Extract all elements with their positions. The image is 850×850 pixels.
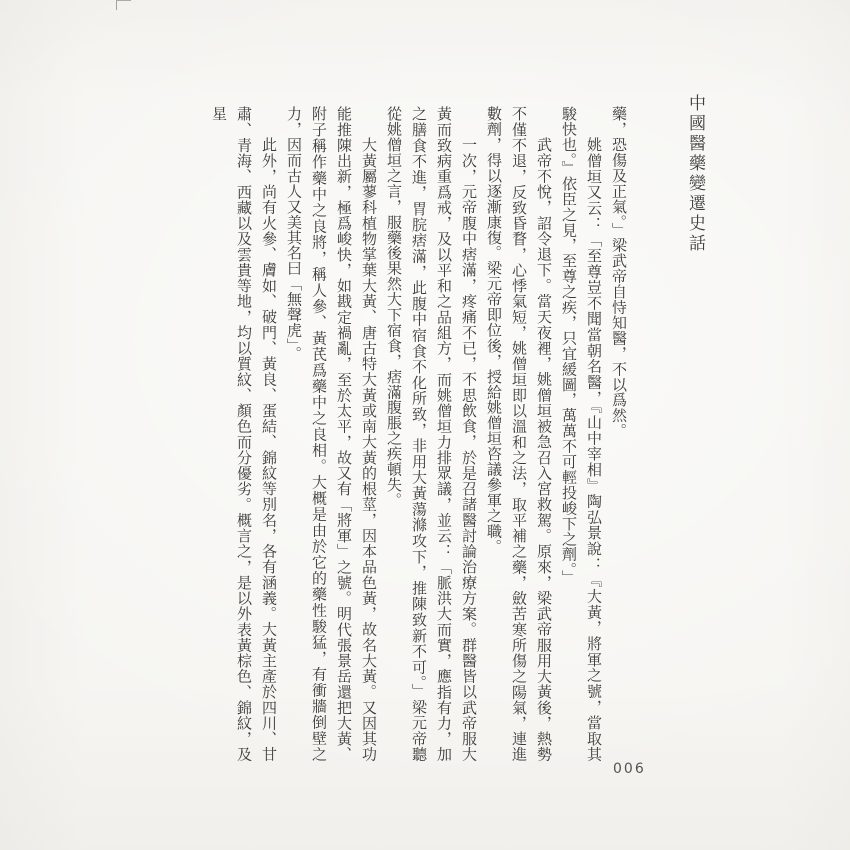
page-number: 006 <box>613 761 646 777</box>
page-corner-mark <box>116 0 131 10</box>
book-page-scan: 中國醫藥變遷史話 藥，恐傷及正氣。」梁武帝自恃知醫，不以爲然。姚僧垣又云：「至尊… <box>0 0 850 850</box>
paragraph-4: 一次，元帝腹中痞滿，疼痛不已，不思飲食，於是召諸醫討論治療方案。群醫皆以武帝服大… <box>380 106 480 762</box>
body-text-block: 藥，恐傷及正氣。」梁武帝自恃知醫，不以爲然。姚僧垣又云：「至尊豈不聞當朝名醫，『… <box>205 106 630 762</box>
paragraph-1: 藥，恐傷及正氣。」梁武帝自恃知醫，不以爲然。 <box>605 106 630 762</box>
paragraph-3: 武帝不悅，詔令退下。當天夜裡，姚僧垣被急召入宮救駕。原來，梁武帝服用大黃後，熱勢… <box>480 106 555 762</box>
paragraph-2: 姚僧垣又云：「至尊豈不聞當朝名醫，『山中宰相』陶弘景說：『大黃，將軍之號，當取其… <box>555 106 605 762</box>
paragraph-6: 此外，尚有火參、膚如、破門、黃良、蛋結、錦紋等別名，各有涵義。大黃主產於四川、甘… <box>205 106 280 762</box>
book-title-vertical: 中國醫藥變遷史話 <box>683 94 708 294</box>
paragraph-5: 大黃屬蓼科植物掌葉大黃、唐古特大黃或南大黃的根莖，因本品色黃，故名大黃。又因其功… <box>280 106 380 762</box>
